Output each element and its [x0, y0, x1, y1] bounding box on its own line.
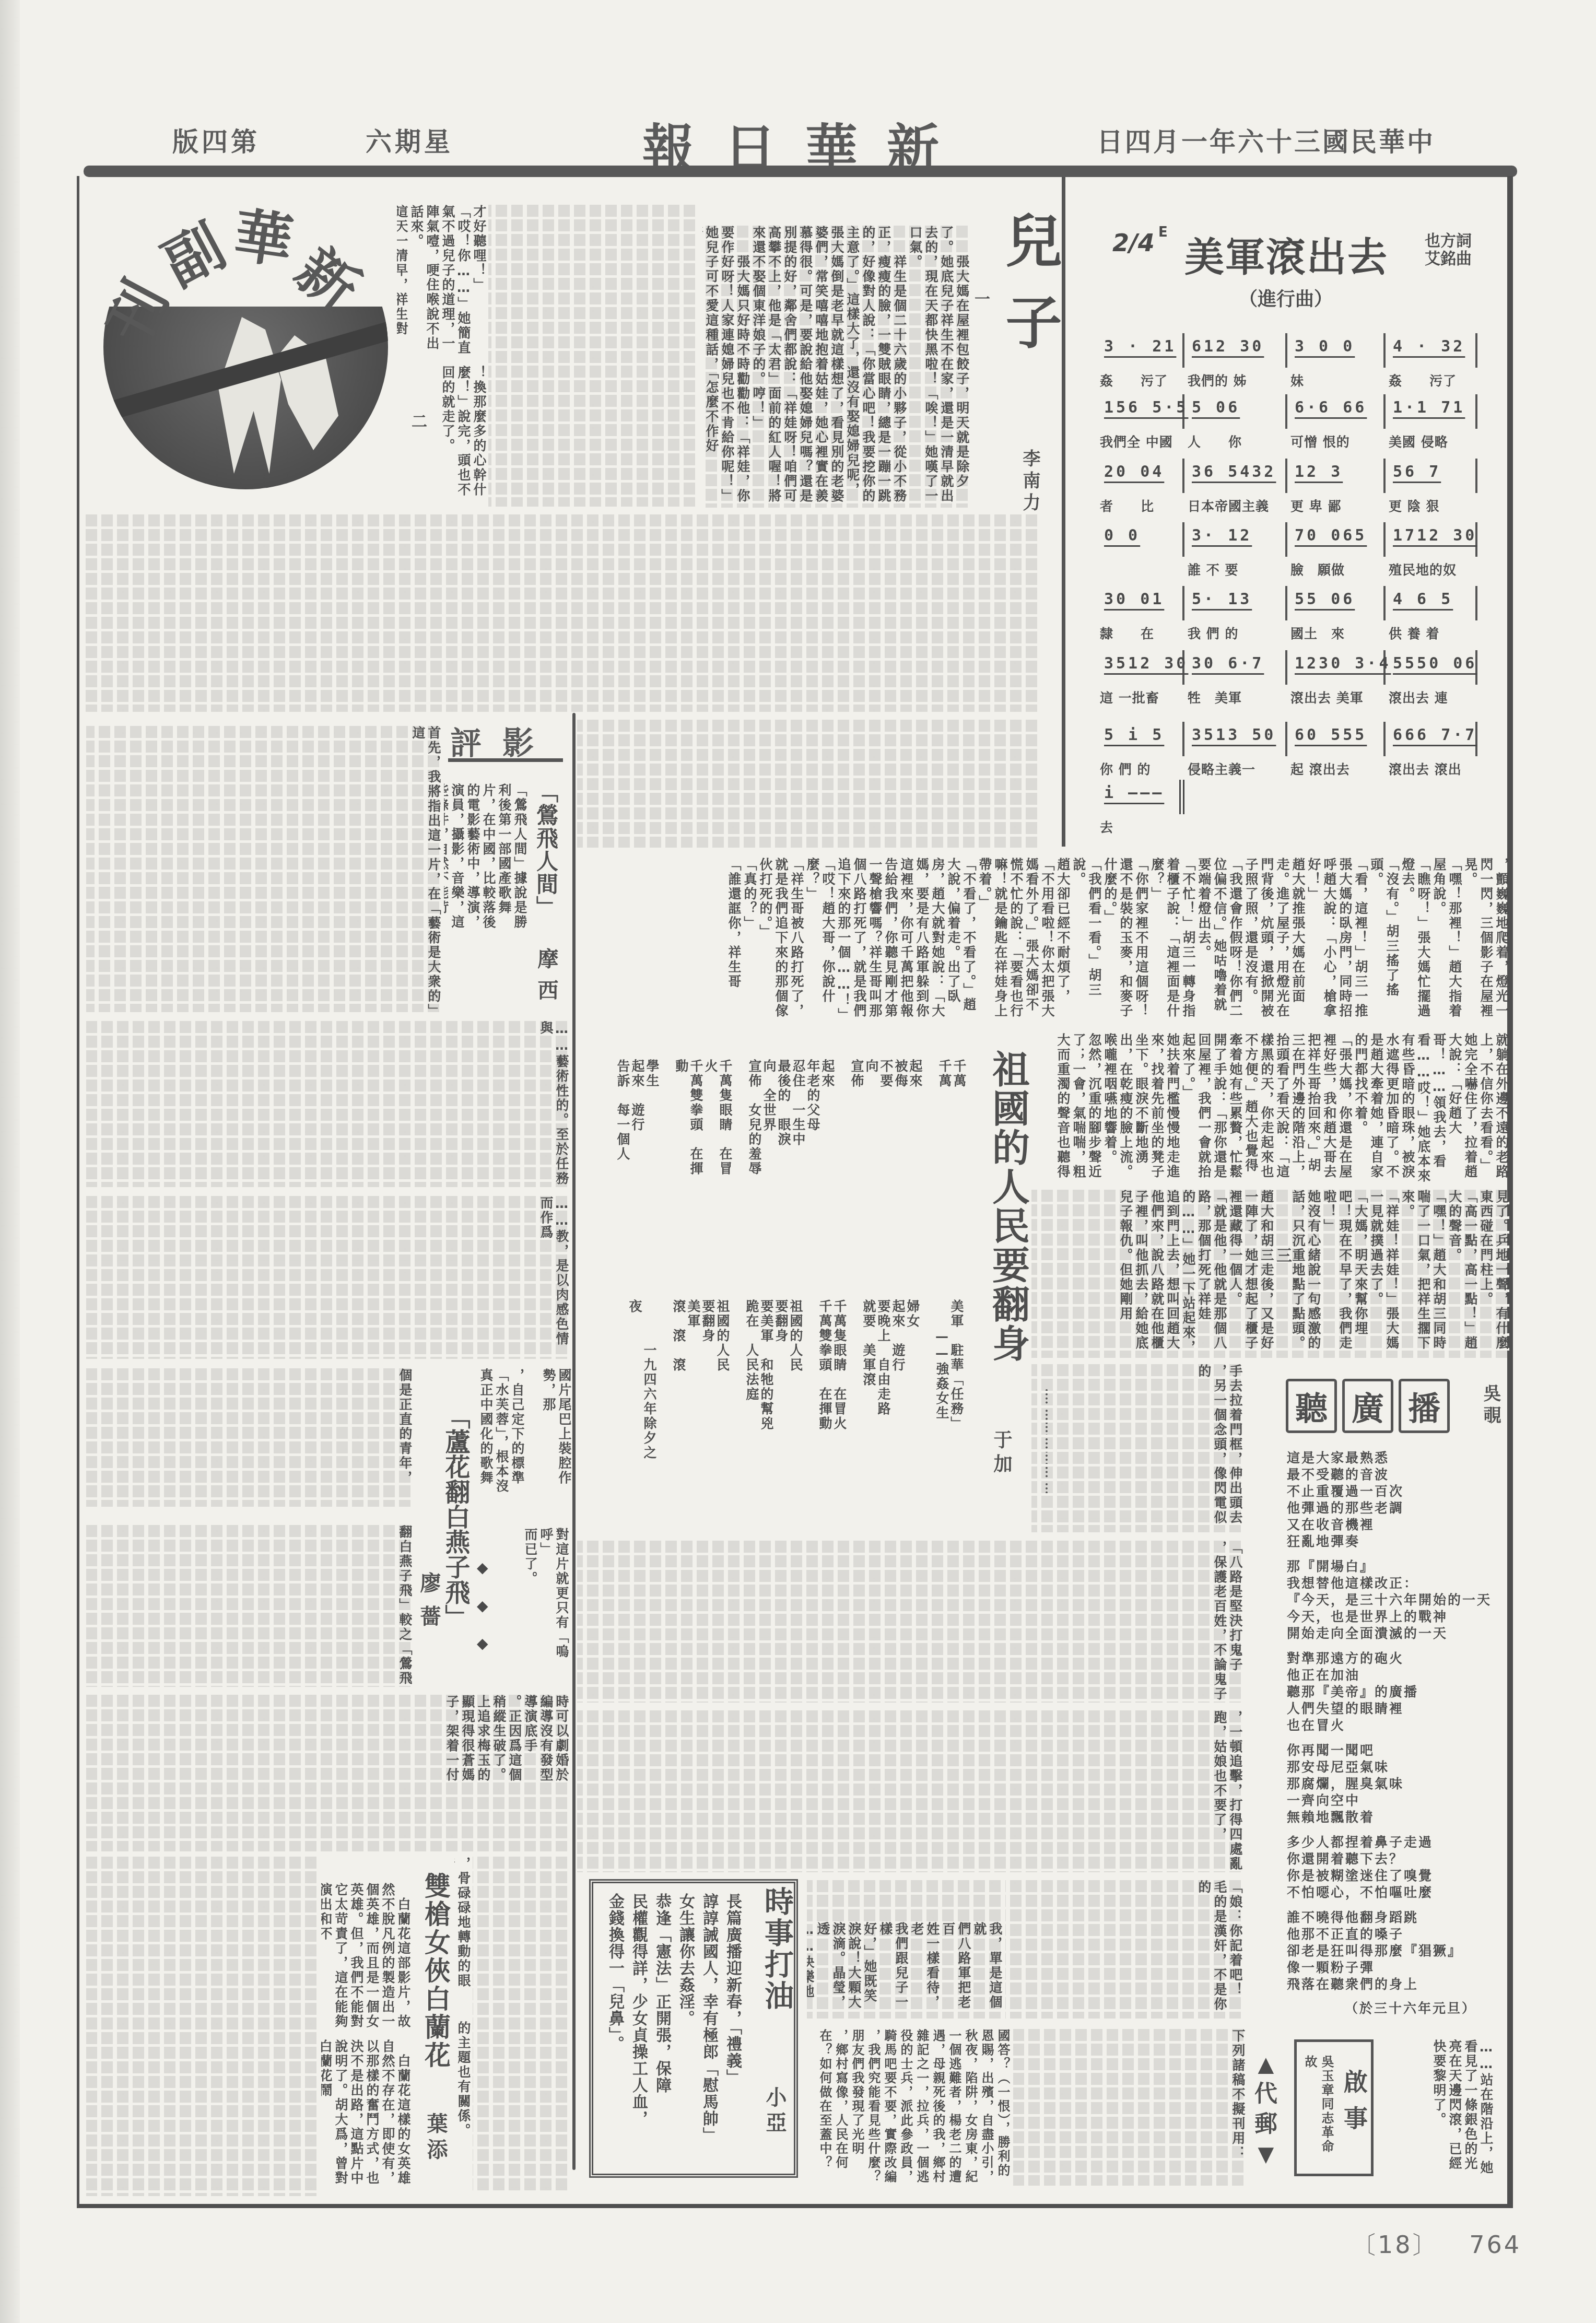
notes: 1712 30 — [1386, 522, 1477, 557]
measure: 1·1 71美國 侵略 — [1386, 394, 1477, 457]
weekday-label: 星期六 — [366, 121, 453, 159]
notes: 36 5432 — [1184, 459, 1287, 493]
section-marker-2: 二 — [412, 408, 427, 431]
lyrics: 人 你 — [1184, 429, 1287, 451]
page-ref: 〔18〕 — [1352, 2231, 1439, 2259]
score-row: 20 04者 比 36 5432日本帝國主義 12 3更 卑 鄙 56 7更 陰… — [1097, 459, 1481, 521]
notes: 56 7 — [1386, 459, 1477, 493]
story-tier: 就躺在外邊不遠的老路上，不信你去看看。」 她完全嚇住了，拉着趙大說：「好趙大哥！… — [1031, 1033, 1509, 1184]
page-number: 764 — [1469, 2231, 1521, 2259]
measure: 5550 06滾出去 連 — [1386, 650, 1477, 713]
notes: 70 065 — [1287, 522, 1386, 557]
column-separator — [572, 713, 576, 2170]
notes: 60 555 — [1287, 722, 1386, 756]
score-row: 3 · 21姦 污了 612 30我們的 姊 3 0 0妹 4 · 32姦 污了 — [1097, 333, 1481, 396]
story-part2-upper: 才好聽哩！」 「哎！你……」她簡直氣不過兒子的道理，一陣氣噎，哽住喉說不出話來。… — [397, 205, 487, 356]
measure: 5 i 5你 們 的 — [1097, 722, 1184, 784]
measure: 55 06國土 來 — [1287, 586, 1386, 649]
triangle-down-icon: ▼ — [1252, 2140, 1280, 2169]
lyrics: 美國 侵略 — [1386, 429, 1477, 451]
review1-title: 「鶯飛人間」 — [530, 781, 561, 919]
review1-body: ……藝術性的。至於任務與 — [86, 1021, 569, 1187]
story-text-unread — [577, 720, 1039, 848]
measure: 70 065臉 願做 — [1287, 522, 1386, 585]
section-marker-3: 三 — [1273, 1247, 1292, 1264]
lyrics: 去 — [1097, 814, 1184, 836]
lyrics: 國土 來 — [1287, 620, 1386, 642]
doggerel-verse: 長篇廣播迎新春，「禮義」 諄諄誡國人，幸有極郎「慰馬帥」 女生讓你去姦淫。 恭逢… — [598, 1893, 744, 2167]
measure: 5 06人 你 — [1184, 394, 1287, 457]
notes: 5 i 5 — [1097, 722, 1184, 756]
review1-body: 首先，我將指出這一片，在「藝術是大衆的」這 — [86, 726, 441, 1012]
story-tier: 「娘：你記着吧！ 毛的是漢奸，不是你的 — [1005, 1880, 1243, 2019]
measure: 3513 50侵略主義一 — [1184, 722, 1287, 784]
story-author: 李南力 — [1017, 449, 1043, 515]
notes: 156 5·5 — [1097, 394, 1184, 429]
broadcast-heading: 聽 廣 播 — [1286, 1379, 1450, 1433]
notes: 5 06 — [1184, 394, 1287, 429]
separator-diamond-icon: ◆ — [477, 1597, 488, 1614]
lyrics: 我 們 的 — [1184, 620, 1287, 642]
lyrics — [1097, 557, 1184, 560]
lyrics: 牲 美軍 — [1184, 685, 1287, 707]
score-row: i ———去 — [1097, 780, 1481, 842]
poem-stanza: 你再聞一聞吧 那安母尼亞氣味 那腐爛，腥臭氣味 一齊向空中 無賴地飄散着 — [1287, 1742, 1506, 1826]
review2-author: 廖薔 — [414, 1572, 444, 1639]
lyrics: 滾出去 連 — [1386, 685, 1477, 707]
measure: 3 · 21姦 污了 — [1097, 333, 1184, 396]
story-text-unread — [488, 205, 697, 507]
review3-author: 葉添 — [421, 2113, 451, 2165]
lyrics: 侵略主義一 — [1184, 756, 1287, 778]
mailbox-heading: ▲ 代 郵 ▼ — [1252, 2050, 1280, 2169]
measure: 3· 12誰 不 要 — [1184, 522, 1287, 585]
measure: 3 0 0妹 — [1287, 333, 1386, 396]
notes: 3 · 21 — [1097, 333, 1184, 368]
review2-ending: ，骨碌碌地轉動的眼睛， — [454, 1857, 471, 2013]
mailbox-title-char: 郵 — [1252, 2109, 1280, 2140]
lyrics: 滾出去 美軍 — [1287, 685, 1386, 707]
measure: i ———去 — [1097, 780, 1184, 842]
heading-char-box: 播 — [1399, 1379, 1450, 1433]
story-part1: 張大媽在屋裡包餃子，明天就是除夕了。她底兒子祥生不在家，還是一清早就出去的，現在… — [702, 226, 970, 508]
mailbox-intro: 下列諸稿不擬刊用： — [1013, 2029, 1246, 2186]
scan-edge — [0, 0, 20, 2323]
poem-stanza: 誰不曉得他翻身蹈跳 他那不正直的嗓子 卻老是狂叫得那麼『猖獗』 像一顆粉子彈 飛… — [1287, 1909, 1506, 1993]
story-tier: ，一頓追擊，打得四處亂 跑，姑娘也不要了， — [577, 1710, 1243, 1872]
review2-ending: 的主題也有關係。 — [454, 2021, 471, 2178]
heading-underline — [448, 758, 563, 762]
measure: 4 · 32姦 污了 — [1386, 333, 1477, 396]
song-title: 美軍滾出去 — [1184, 226, 1388, 283]
score-row: 5 i 5你 們 的 3513 50侵略主義一 60 555起 滾出去 666 … — [1097, 722, 1481, 784]
notes: 3512 30 — [1097, 650, 1184, 685]
notes: 3 0 0 — [1287, 333, 1386, 368]
lyrics: 我們全 中國 — [1097, 429, 1184, 451]
song-credits: 也方詞 艾銘曲 — [1425, 232, 1472, 268]
review1-body: ……教，是以肉感色情而作爲 — [86, 1196, 569, 1359]
measure: 56 7更 陰 狠 — [1386, 459, 1477, 521]
logo-char: 華 — [230, 206, 296, 272]
lyrics: 更 卑 鄙 — [1287, 493, 1386, 515]
lyrics: 起 滾出去 — [1287, 756, 1386, 778]
time-signature: 2/4 — [1112, 229, 1155, 257]
measure: 30 6·7牲 美軍 — [1184, 650, 1287, 713]
measure: 3512 30這 一批畜 — [1097, 650, 1184, 713]
heading-char-box: 廣 — [1342, 1379, 1393, 1433]
film-review-heading: 影評 — [450, 719, 555, 764]
notes: 666 7·7 — [1386, 722, 1477, 756]
notice-text: 吳玉章同志革命故 事一文停刊一日。 — [1300, 2055, 1335, 2167]
review3-text: 白蘭花這樣的女英雄自然不存在，即使有，以那樣的奮鬥方式，也決不是出路，這點片中說… — [321, 2039, 411, 2186]
supplement-logo: 新 華 副 刊 — [103, 205, 388, 489]
notes: 6·6 66 — [1287, 394, 1386, 429]
poem-stanza: 那『開場白』 我想替他這樣改正： 『今天，是三十六年開始的一天 今天，也是世界上… — [1287, 1558, 1506, 1642]
review2-text: 時可以劇婚於 編導沒有發型 導演底手 。正因爲這個 稍縱生破了。 上追求梅玉的 … — [86, 1695, 569, 1851]
notes: 612 30 — [1184, 333, 1287, 368]
score-row: 156 5·5我們全 中國 5 06人 你 6·6 66可憎 恨的 1·1 71… — [1097, 394, 1481, 457]
measure: 156 5·5我們全 中國 — [1097, 394, 1184, 457]
lyrics: 姦 污了 — [1097, 368, 1184, 390]
lyrics: 滾出去 滾出 — [1386, 756, 1477, 778]
measure: 12 3更 卑 鄙 — [1287, 459, 1386, 521]
measure: 30 01隸 在 — [1097, 586, 1184, 649]
story-ending: ……站在階沿上，她看見了一條銀色的光亮在天邊閃滾，已經快要黎明了。 — [1389, 2039, 1494, 2180]
poem-author: 于加 — [989, 1430, 1015, 1478]
edition-label: 第四版 — [172, 121, 260, 159]
doggerel-title: 時事打油 — [756, 1886, 798, 2012]
page-footer: 〔18〕 764 — [1352, 2226, 1521, 2260]
masthead-rule — [84, 166, 1517, 177]
review1-author: 摩西 — [532, 948, 561, 1011]
review-text-unread — [473, 1857, 569, 2191]
review1-ending: 國片尾巴上裝腔作勢，那 ，自己定下的標準 「水芙蓉」，根本沒 真正中國化的歌舞 — [473, 1368, 572, 1507]
notes: 4 6 5 — [1386, 586, 1477, 620]
poem-stanza: 對準那遠方的砲火 他正在加油 聽那『美帝』的廣播 人們失望的眼睛裡 也在冒火 — [1287, 1650, 1506, 1734]
notes: 0 0 — [1097, 522, 1184, 557]
poem-date-note: （於三十六年元旦） — [1345, 1998, 1476, 2017]
lyrics: 供 養 着 — [1386, 620, 1477, 642]
notes: 30 6·7 — [1184, 650, 1287, 685]
notes: 55 06 — [1287, 586, 1386, 620]
notes: 3513 50 — [1184, 722, 1287, 756]
story-text: 見了。乒地一聲，有什麼東西碰在門柱上。 「高一點，高一點！」趙大的聲音。 「嘿！… — [1290, 1190, 1509, 1351]
measure: 4 6 5供 養 着 — [1386, 586, 1477, 649]
story-part2-lower: ！換那麼多的心幹什麼！」說完，頭也不回的就走了。 — [397, 366, 487, 507]
lyrics: 姦 污了 — [1386, 368, 1477, 390]
lyrics: 你 們 的 — [1097, 756, 1184, 778]
review-text-unread — [86, 1857, 319, 2196]
lyrics: 誰 不 要 — [1184, 557, 1287, 579]
notes: i ——— — [1097, 780, 1184, 814]
story-text: 趙大和胡三走後，又是好一陣了，她才想起了櫃子裡還藏得一個人。 「就是他，他就是那… — [1118, 1190, 1274, 1355]
story-tier: ，顫巍巍地爬着，燈光一閃一閃，三個影子在屋裡晃。 「嘿！那裡！」趙大指着屋角說。… — [577, 858, 1509, 1026]
key-signature: E — [1158, 225, 1168, 240]
poem-title: 祖國的人民要翻身 — [981, 1050, 1035, 1363]
poem-stanza: 多少人都捏着鼻子走過 你還開着聽下去？ 你是被糊塗迷住了嗅覺 不怕噁心，不怕嘔吐… — [1287, 1834, 1506, 1901]
review3-title: 雙槍女俠白蘭花 — [417, 1872, 454, 2070]
measure: 6·6 66可憎 恨的 — [1287, 394, 1386, 457]
lyrics: 臉 願做 — [1287, 557, 1386, 579]
notes: 3· 12 — [1184, 522, 1287, 557]
measure: 20 04者 比 — [1097, 459, 1184, 521]
poem-lower-tier: 美軍 駐華「任務」 ——強姦女生 婦女 起來 遊行 要晚上 自由走路 就要 美軍… — [577, 1299, 964, 1472]
lyrics: 者 比 — [1097, 493, 1184, 515]
notes: 1230 3·4 — [1287, 650, 1386, 685]
lyrics: 更 陰 狠 — [1386, 493, 1477, 515]
story-tier: 我，單是這個就 們八路軍把老百 姓一樣看待，老 我們跟兒子一樣 好，」她既笑 淚… — [807, 1880, 1003, 2019]
notes: 4 · 32 — [1386, 333, 1477, 368]
lyrics: 可憎 恨的 — [1287, 429, 1386, 451]
mailbox-title-char: 代 — [1252, 2079, 1280, 2109]
score-row: 30 01隸 在 5· 13我 們 的 55 06國土 來 4 6 5供 養 着 — [1097, 586, 1481, 649]
separator-diamond-icon: ◆ — [477, 1635, 488, 1652]
composer: 艾銘曲 — [1425, 250, 1472, 268]
doggerel-author: 小亞 — [760, 2086, 790, 2137]
triangle-up-icon: ▲ — [1252, 2050, 1280, 2079]
broadcast-author: 吳覗 — [1478, 1384, 1504, 1428]
story-tier: 見了。乒地一聲，有什麼東西碰在門柱上。 「高一點，高一點！」趙大的聲音。 「嘿！… — [1031, 1190, 1509, 1358]
measure: 1230 3·4滾出去 美軍 — [1287, 650, 1386, 713]
measure: 612 30我們的 姊 — [1184, 333, 1287, 396]
mailbox-list: 國答？（一恨），勝利的 恩賜，出殯，自盡小引， 秋夜，陷阱，女房東，紀 一個逃難… — [807, 2029, 1011, 2186]
measure: 0 0 — [1097, 522, 1184, 585]
separator-diamond-icon: ◆ — [477, 1559, 488, 1576]
broadcast-poem: 這是大家最熟悉 最不受聽的音波 不止重覆過一百次 他彈過的那些老調 又在收音機裡… — [1287, 1450, 1506, 1993]
lyrics: 隸 在 — [1097, 620, 1184, 642]
notes: 12 3 — [1287, 459, 1386, 493]
lyrics: 殖民地的奴 — [1386, 557, 1477, 579]
notes: 1·1 71 — [1386, 394, 1477, 429]
poem-stanza: 這是大家最熟悉 最不受聽的音波 不止重覆過一百次 他彈過的那些老調 又在收音機裡… — [1287, 1450, 1506, 1550]
review3-text: 白蘭花這部影片，故然不脫凡例的製造出一個英雄，而且是一個女英雄。但，我們不能對它… — [321, 1883, 411, 2029]
measure: 5· 13我 們 的 — [1184, 586, 1287, 649]
score-row: 3512 30這 一批畜 30 6·7牲 美軍 1230 3·4滾出去 美軍 5… — [1097, 650, 1481, 713]
story-tier: 「八路是堅決打鬼子 ，保護老百姓，不論鬼子 — [577, 1541, 1243, 1703]
measure: 36 5432日本帝國主義 — [1184, 459, 1287, 521]
lyrics: 日本帝國主義 — [1184, 493, 1287, 515]
measure: 1712 30殖民地的奴 — [1386, 522, 1477, 585]
lyricist: 也方詞 — [1425, 232, 1472, 250]
notes: 5· 13 — [1184, 586, 1287, 620]
lyrics: 這 一批畜 — [1097, 685, 1184, 707]
story-text-unread — [84, 514, 1039, 712]
measure: 666 7·7滾出去 滾出 — [1386, 722, 1477, 784]
notice-title: 啟事 — [1337, 2069, 1371, 2142]
review2-text: 個是正直的青年， — [86, 1368, 413, 1507]
issue-date: 中華民國三十六年一月四日 — [1097, 121, 1435, 159]
story-title: 兒子 — [989, 212, 1070, 374]
song-subtitle: （進行曲） — [1239, 285, 1333, 311]
notes: 30 01 — [1097, 586, 1184, 620]
poem-upper-tier: 千萬 千萬 起來 被侮 不要 向 宣佈 起來 年老的父母 忍住 一生中 最後的 … — [577, 1059, 966, 1182]
review2-text: 翻白燕子飛」較之「鶯飛 — [86, 1525, 413, 1687]
measure: 60 555起 滾出去 — [1287, 722, 1386, 784]
section-marker-1: 一 — [975, 286, 990, 309]
score-row: 0 0 3· 12誰 不 要 70 065臉 願做 1712 30殖民地的奴 — [1097, 522, 1481, 585]
review1-ending: 對這片就更只有「嗚呼」 而已了。 — [491, 1528, 569, 1661]
heading-char-box: 聽 — [1286, 1379, 1337, 1433]
review1-intro: 「鶯飛人間」據說是勝利後第一部國產歌舞片，在中國，比較落後的電影藝術中，導演，演… — [444, 783, 527, 935]
lyrics: 我們的 姊 — [1184, 368, 1287, 390]
story-tier: 手去拉着門框，伸出頭去 ，另一個念頭，像閃電似的 — [1031, 1364, 1243, 1532]
notes: 5550 06 — [1386, 650, 1477, 685]
notes: 20 04 — [1097, 459, 1184, 493]
lyrics: 妹 — [1287, 368, 1386, 390]
